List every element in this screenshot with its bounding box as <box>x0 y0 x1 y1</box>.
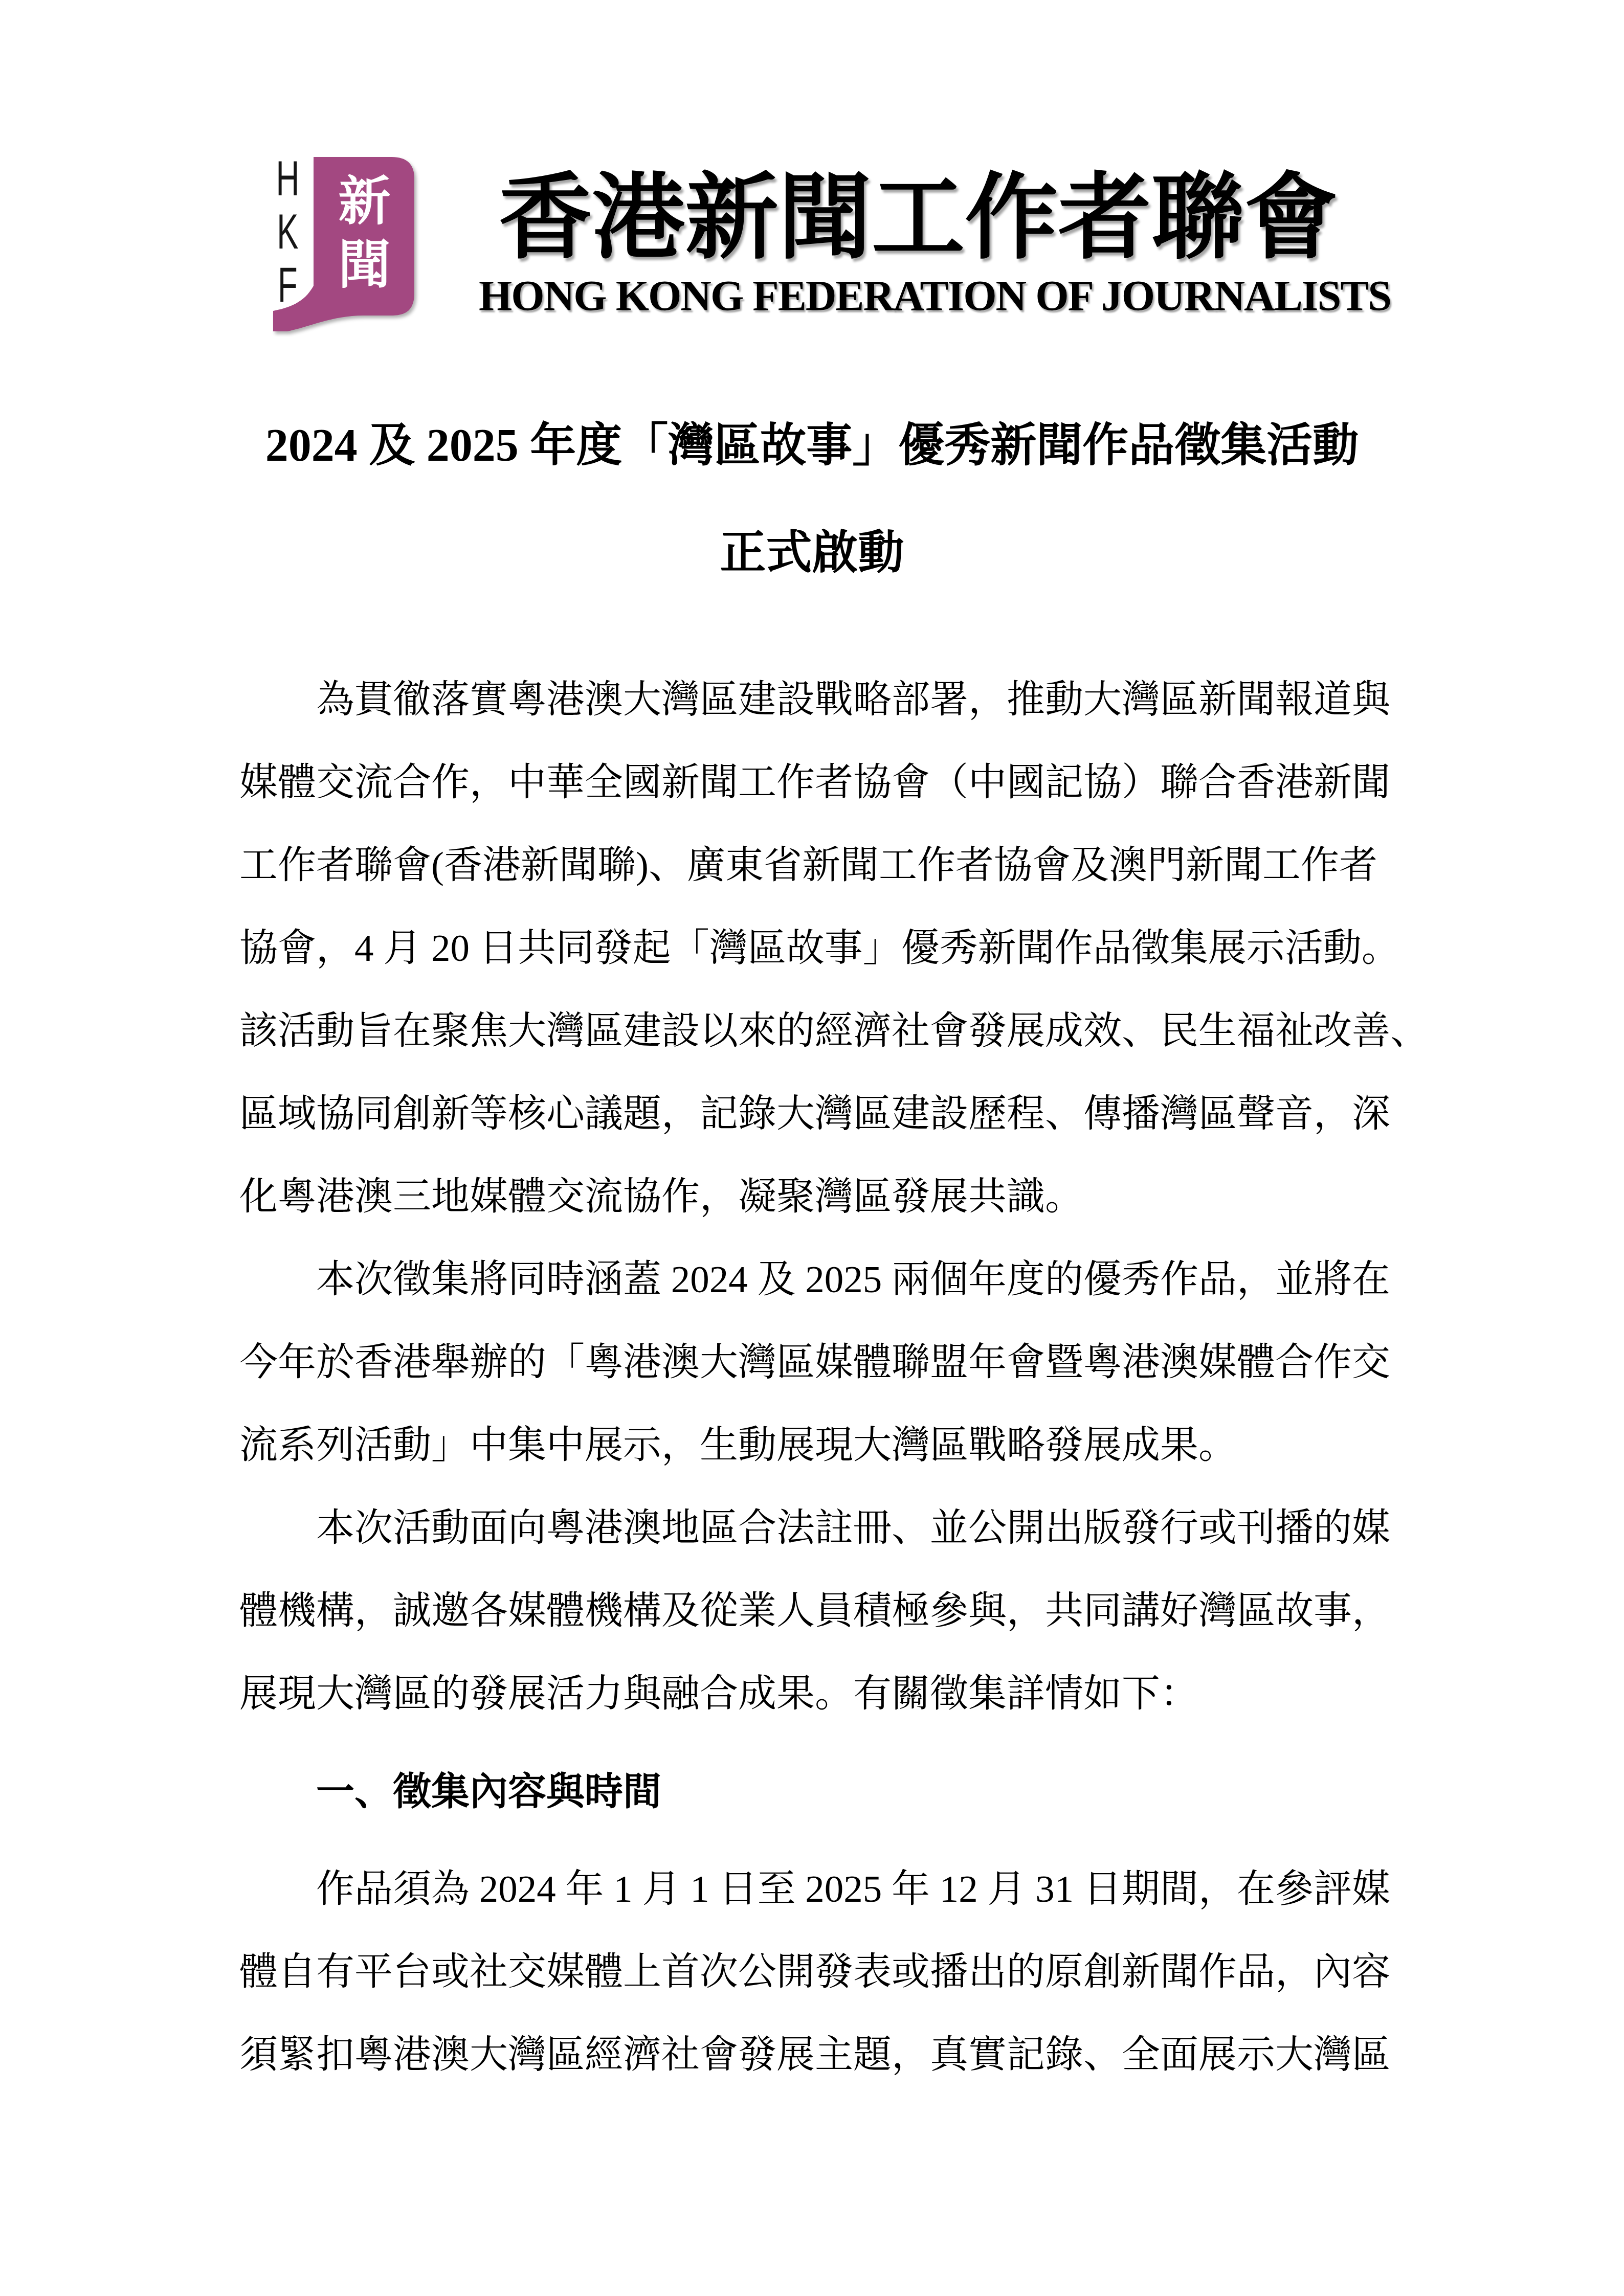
document-title-line1: 2024 及 2025 年度「灣區故事」優秀新聞作品徵集活動 <box>0 418 1624 474</box>
calligraphy-character: 香 <box>499 169 592 269</box>
calligraphy-character: 者 <box>1058 169 1151 269</box>
body-line: 須緊扣粵港澳大灣區經濟社會發展主題，真實記錄、全面展示大灣區 <box>239 2014 1395 2097</box>
badge-char-xin: 新 <box>339 176 391 229</box>
document-title-line2: 正式啟動 <box>0 526 1624 581</box>
body-line: 今年於香港舉辦的「粵港澳大灣區媒體聯盟年會暨粵港澳媒體合作交 <box>239 1321 1395 1404</box>
body-line: 流系列活動」中集中展示，生動展現大灣區戰略發展成果。 <box>239 1404 1395 1487</box>
calligraphy-character: 聯 <box>1151 169 1244 269</box>
logo-badge-newspaper-characters: 新 聞 <box>314 157 415 311</box>
calligraphy-character: 新 <box>685 169 778 269</box>
body-line: 區域協同創新等核心議題，記錄大灣區建設歷程、傳播灣區聲音，深 <box>239 1073 1395 1156</box>
body-line: 工作者聯會(香港新聞聯)、廣東省新聞工作者協會及澳門新聞工作者 <box>239 824 1395 907</box>
calligraphy-character: 會 <box>1244 169 1338 269</box>
body-line: 協會，4 月 20 日共同發起「灣區故事」優秀新聞作品徵集展示活動。 <box>239 907 1395 990</box>
body-line: 展現大灣區的發展活力與融合成果。有關徵集詳情如下： <box>239 1653 1395 1736</box>
org-name-english: HONG KONG FEDERATION OF JOURNALISTS <box>479 275 1338 318</box>
section-heading: 一、徵集內容與時間 <box>239 1751 1395 1834</box>
calligraphy-character: 港 <box>592 169 685 269</box>
document-page: H K F 新 聞 香港新聞工作者聯會 HONG KONG FEDERATION… <box>0 0 1624 2296</box>
calligraphy-character: 聞 <box>778 169 872 269</box>
calligraphy-character: 工 <box>872 169 965 269</box>
body-line: 媒體交流合作，中華全國新聞工作者協會（中國記協）聯合香港新聞 <box>239 741 1395 824</box>
body-line: 化粵港澳三地媒體交流協作，凝聚灣區發展共識。 <box>239 1156 1395 1239</box>
body-line: 為貫徹落實粵港澳大灣區建設戰略部署，推動大灣區新聞報道與 <box>239 659 1395 741</box>
body-line: 本次徵集將同時涵蓋 2024 及 2025 兩個年度的優秀作品，並將在 <box>239 1239 1395 1321</box>
body-line: 該活動旨在聚焦大灣區建設以來的經濟社會發展成效、民生福祉改善、 <box>239 990 1395 1073</box>
calligraphy-character: 作 <box>965 169 1058 269</box>
body-line: 作品須為 2024 年 1 月 1 日至 2025 年 12 月 31 日期間，… <box>239 1848 1395 1931</box>
body-line: 本次活動面向粵港澳地區合法註冊、並公開出版發行或刊播的媒 <box>239 1487 1395 1570</box>
org-name-chinese-calligraphy: 香港新聞工作者聯會 <box>499 169 1338 269</box>
body-line: 體自有平台或社交媒體上首次公開發表或播出的原創新聞作品，內容 <box>239 1931 1395 2014</box>
body-line: 體機構，誠邀各媒體機構及從業人員積極參與，共同講好灣區故事， <box>239 1570 1395 1653</box>
body-text: 為貫徹落實粵港澳大灣區建設戰略部署，推動大灣區新聞報道與媒體交流合作，中華全國新… <box>239 659 1395 2097</box>
badge-char-wen: 聞 <box>339 240 391 292</box>
